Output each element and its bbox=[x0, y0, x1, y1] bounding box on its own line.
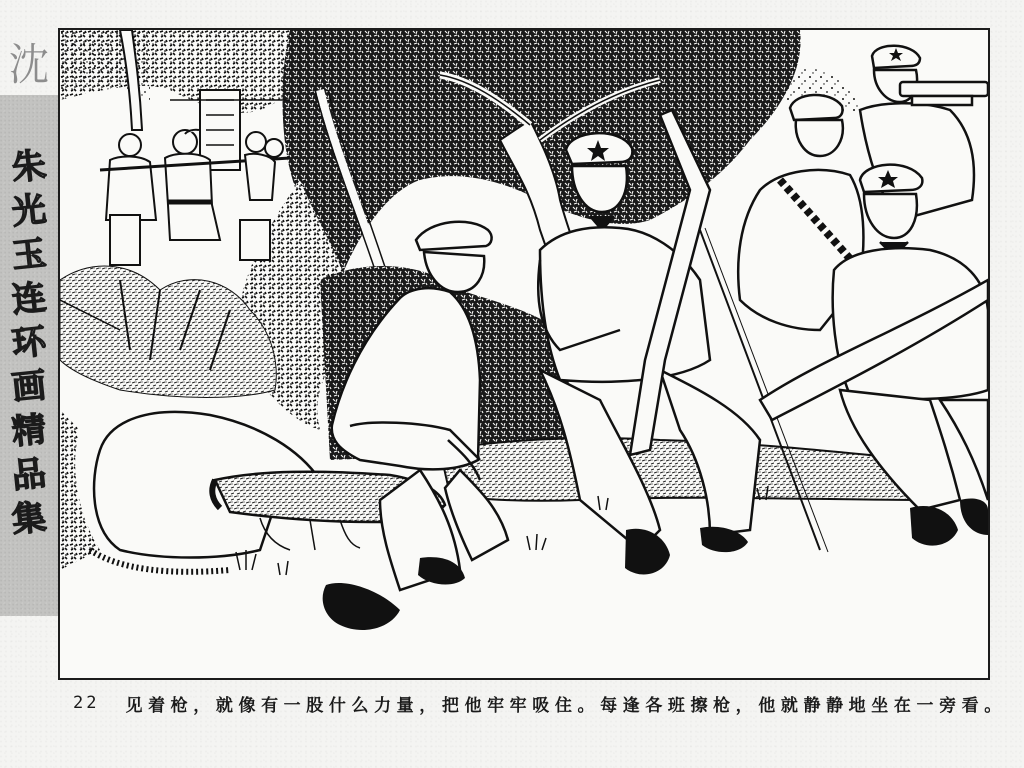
series-title-char: 玉 bbox=[10, 231, 48, 278]
series-title-char: 环 bbox=[10, 319, 48, 366]
series-title-char: 集 bbox=[10, 495, 48, 542]
series-title-char: 连 bbox=[10, 275, 48, 322]
seal-character: 沈 bbox=[6, 38, 50, 93]
series-title-band: 朱光玉连环画精品集 bbox=[0, 95, 58, 616]
series-title-char: 朱 bbox=[10, 143, 48, 190]
illustration-panel bbox=[58, 28, 990, 680]
series-title-char: 画 bbox=[10, 363, 48, 410]
series-title-char: 精 bbox=[10, 407, 48, 454]
series-title-char: 品 bbox=[10, 451, 48, 498]
series-title: 朱光玉连环画精品集 bbox=[0, 145, 58, 541]
series-title-char: 光 bbox=[10, 187, 48, 234]
ink-illustration bbox=[60, 30, 988, 678]
panel-number: 22 bbox=[73, 693, 99, 713]
panel-caption: 22 见着枪，就像有一股什么力量，把他牢牢吸住。每逢各班擦枪，他就静静地坐在一旁… bbox=[73, 690, 1007, 716]
caption-text: 见着枪，就像有一股什么力量，把他牢牢吸住。每逢各班擦枪，他就静静地坐在一旁看。 bbox=[125, 691, 1006, 716]
